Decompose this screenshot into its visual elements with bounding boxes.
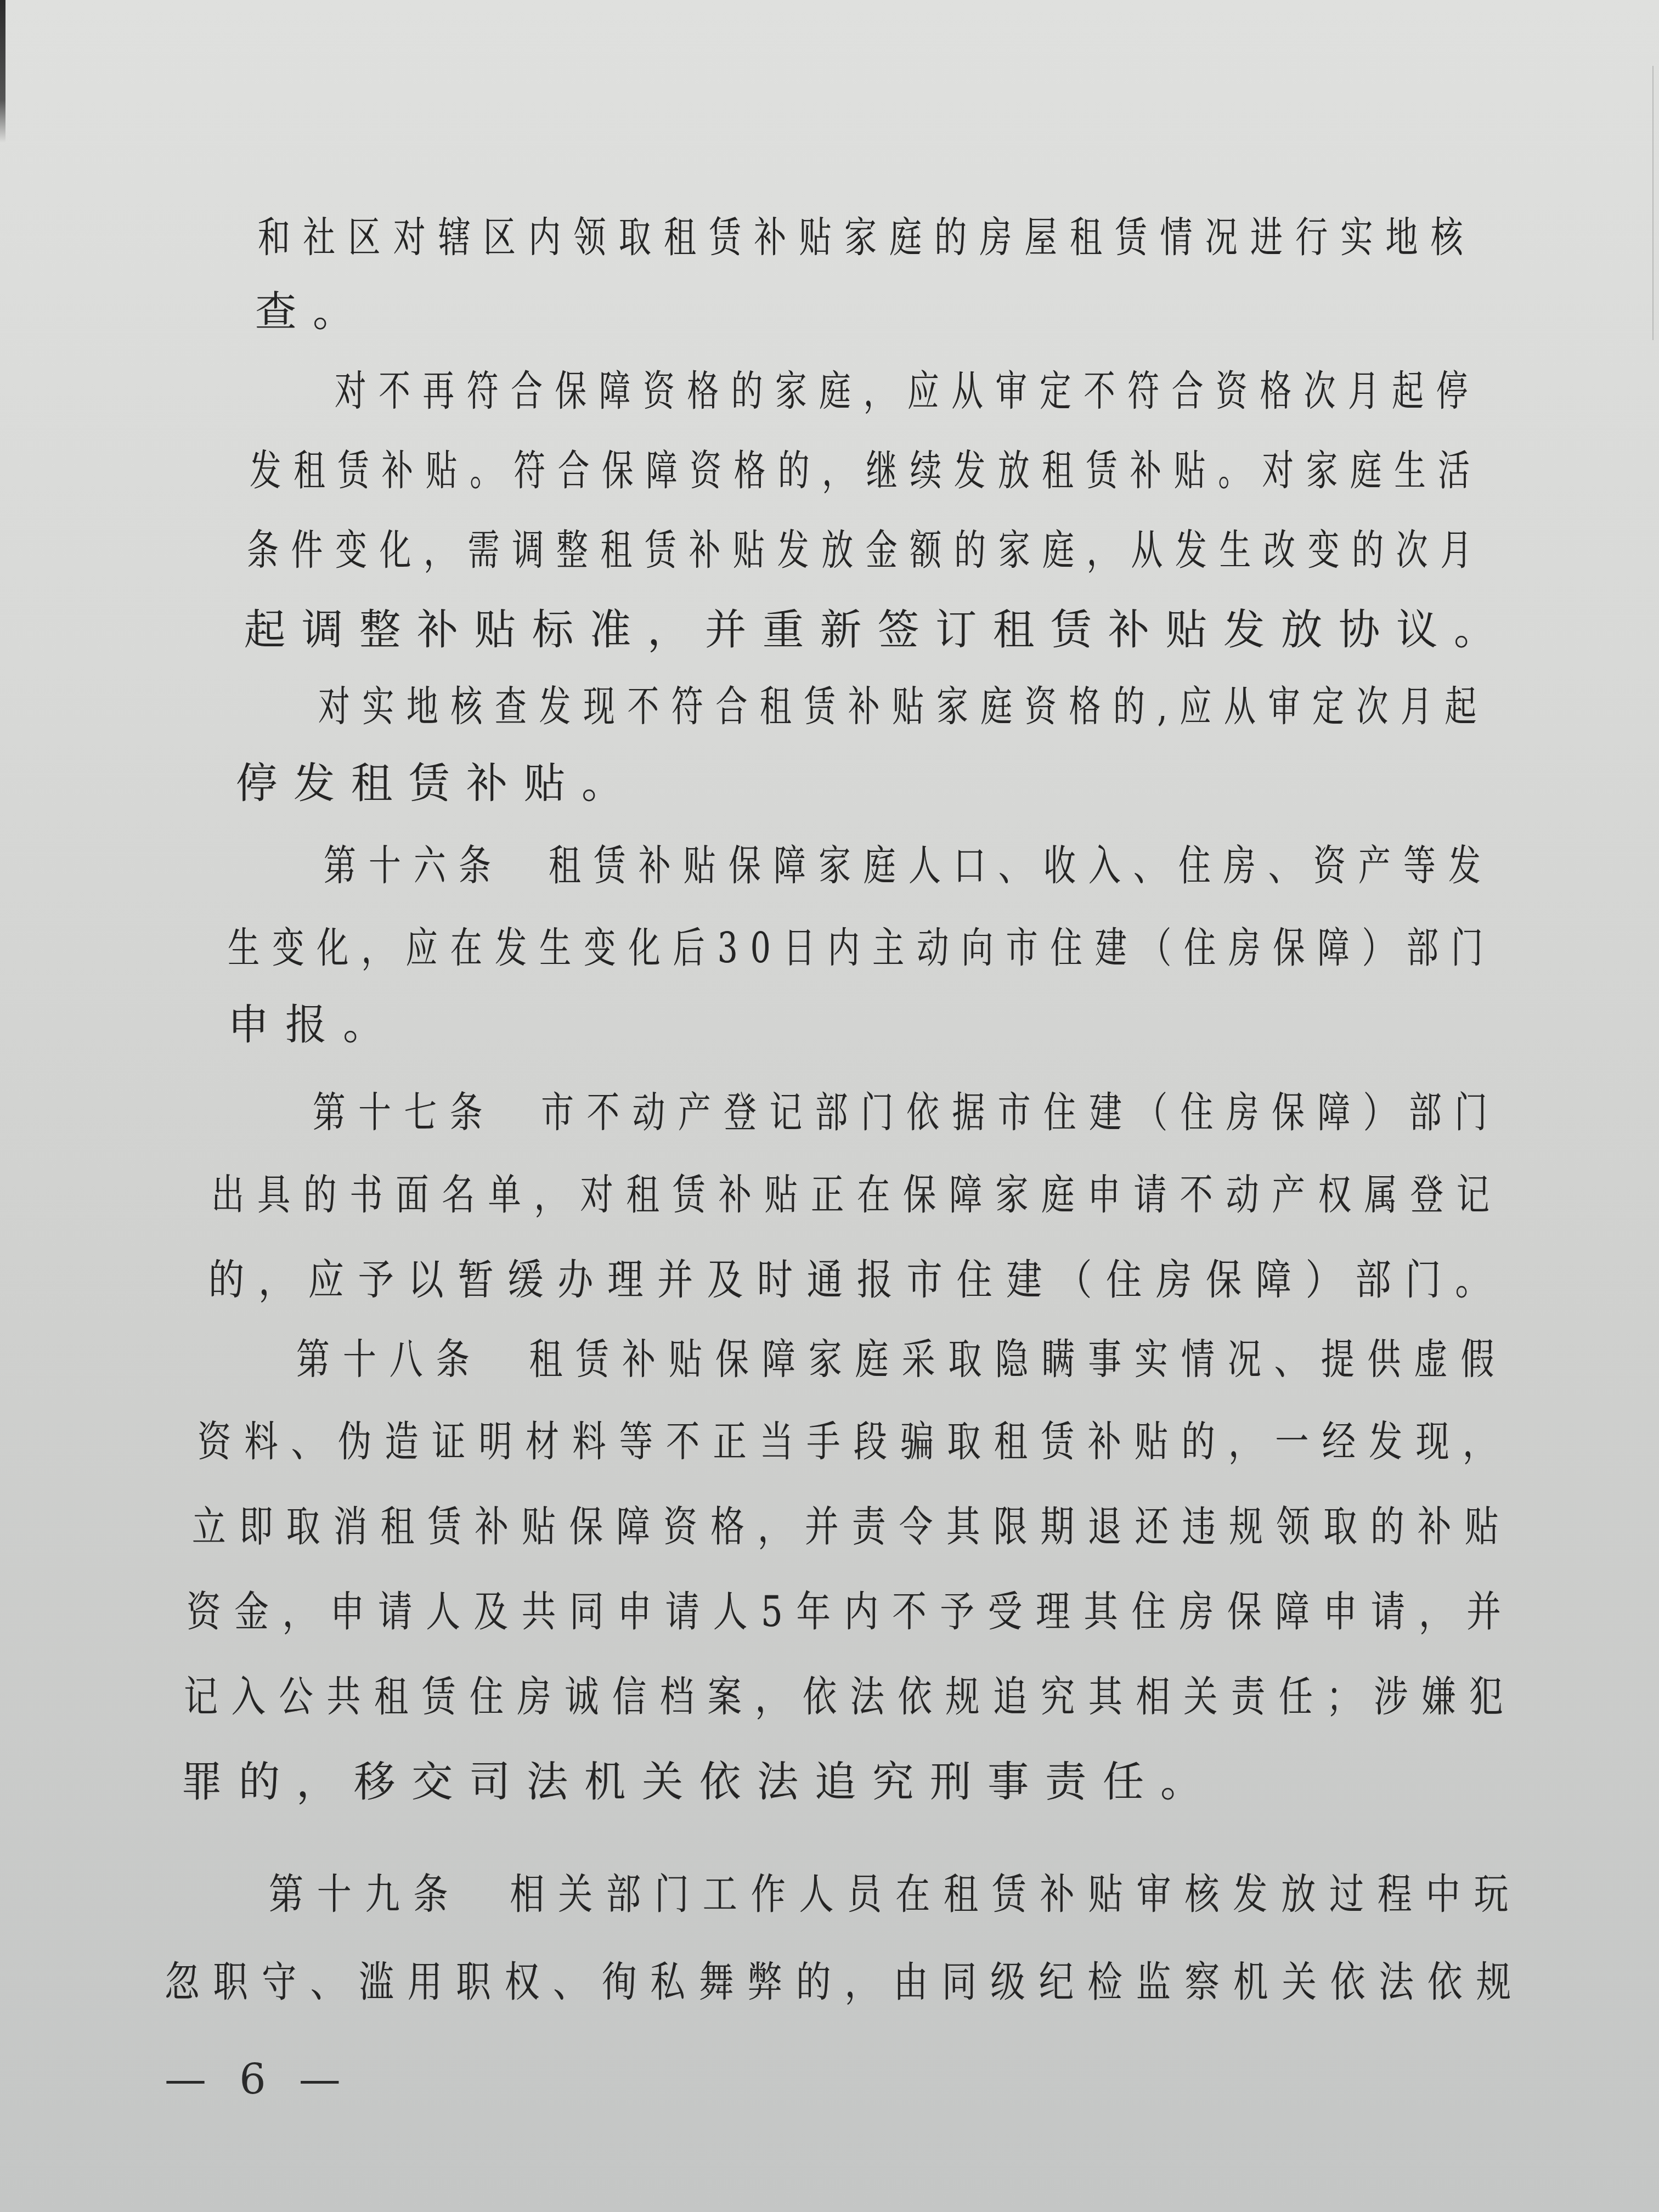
body-line: 资料、伪造证明材料等不正当手段骗取租赁补贴的，一经发现，	[198, 1421, 1509, 1463]
body-line: 发租赁补贴。符合保障资格的，继续发放租赁补贴。对家庭生活	[250, 450, 1482, 492]
body-line: 生变化，应在发生变化后30日内主动向市住建（住房保障）部门	[228, 927, 1496, 969]
body-line: 申报。	[228, 1004, 400, 1046]
body-line: 罪的，移交司法机关依法追究刑事责任。	[181, 1761, 1218, 1803]
body-line: 和社区对辖区内领取租赁补贴家庭的房屋租赁情况进行实地核	[258, 217, 1476, 258]
article-18-heading-line: 第十八条 租赁补贴保障家庭采取隐瞒事实情况、提供虚假	[296, 1339, 1507, 1380]
body-line: 资金，申请人及共同申请人5年内不予受理其住房保障申请，并	[187, 1591, 1515, 1633]
body-line: 立即取消租赁补贴保障资格，并责令其限期退还违规领取的补贴	[192, 1506, 1512, 1548]
body-line: 对不再符合保障资格的家庭，应从审定不符合资格次月起停	[335, 370, 1480, 412]
body-line: 条件变化，需调整租赁补贴发放金额的家庭，从发生改变的次月	[247, 529, 1485, 571]
article-19-heading-line: 第十九条 相关部门工作人员在租赁补贴审核发放过程中玩	[269, 1874, 1522, 1915]
article-17-heading-line: 第十七条 市不动产登记部门依据市住建（住房保障）部门	[313, 1092, 1500, 1133]
body-line: 忽职守、滥用职权、徇私舞弊的，由同级纪检监察机关依法依规	[165, 1961, 1525, 2003]
article-16-heading-line: 第十六条 租赁补贴保障家庭人口、收入、住房、资产等发	[324, 845, 1493, 887]
page-number: — 6 —	[165, 2055, 351, 2103]
body-line: 出具的书面名单，对租赁补贴正在保障家庭申请不动产权属登记	[211, 1174, 1503, 1216]
body-line: 记入公共租赁住房诚信档案，依法依规追究其相关责任；涉嫌犯	[184, 1676, 1517, 1718]
document-page: 和社区对辖区内领取租赁补贴家庭的房屋租赁情况进行实地核 查。 对不再符合保障资格…	[0, 0, 1659, 2212]
body-line: 对实地核查发现不符合租赁补贴家庭资格的,应从审定次月起	[318, 686, 1489, 727]
body-line: 的，应予以暂缓办理并及时通报市住建（住房保障）部门。	[208, 1259, 1505, 1301]
body-line: 停发租赁补贴。	[236, 763, 639, 804]
body-line: 查。	[255, 291, 370, 332]
body-line: 起调整补贴标准，并重新签订租赁补贴发放协议。	[244, 609, 1511, 651]
